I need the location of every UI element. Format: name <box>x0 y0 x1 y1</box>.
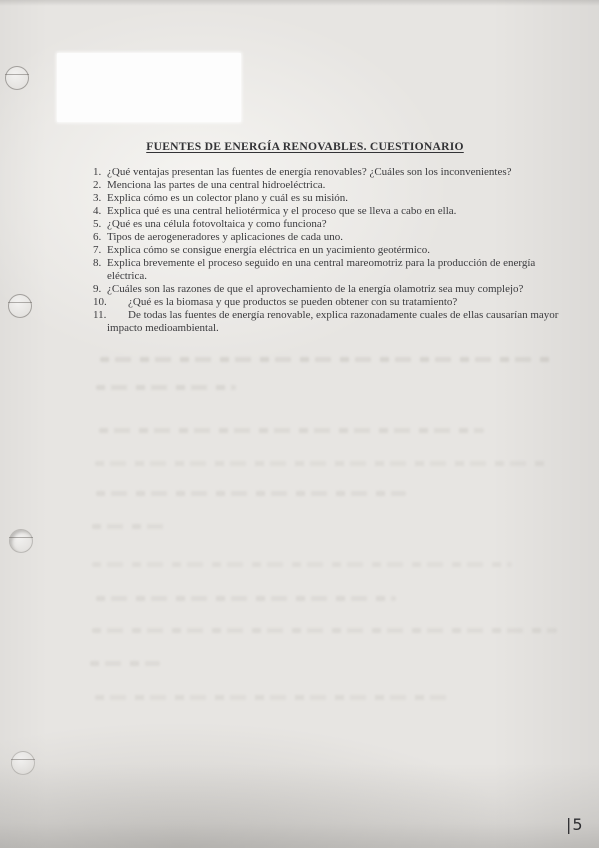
question-number: 1. <box>93 166 107 179</box>
question-item: 6.Tipos de aerogeneradores y aplicacione… <box>93 231 563 244</box>
question-item: 5.¿Qué es una célula fotovoltaica y como… <box>93 218 563 231</box>
question-item: 11.De todas las fuentes de energía renov… <box>93 309 563 335</box>
question-number: 4. <box>93 205 107 218</box>
question-item: 3.Explica cómo es un colector plano y cu… <box>93 192 563 205</box>
bleed-through-text-line <box>100 357 555 362</box>
redacted-header-box <box>57 53 241 122</box>
document-title: FUENTES DE ENERGÍA RENOVABLES. CUESTIONA… <box>62 140 548 153</box>
question-item: 4.Explica qué es una central heliotérmic… <box>93 205 563 218</box>
question-number: 8. <box>93 257 107 270</box>
question-item: 2.Menciona las partes de una central hid… <box>93 179 563 192</box>
question-item: 7.Explica cómo se consigue energía eléct… <box>93 244 563 257</box>
bleed-through-text-line <box>92 562 512 567</box>
question-text: Explica brevemente el proceso seguido en… <box>107 257 535 282</box>
question-item: 8.Explica brevemente el proceso seguido … <box>93 257 563 283</box>
question-number: 2. <box>93 179 107 192</box>
hole-punch <box>9 529 33 553</box>
question-text: Menciona las partes de una central hidro… <box>107 179 325 191</box>
bleed-through-text-line <box>92 524 172 529</box>
bleed-through-text-line <box>96 491 406 496</box>
question-text: ¿Cuáles son las razones de que el aprove… <box>107 283 523 295</box>
bleed-through-text-line <box>95 695 455 700</box>
bleed-through-text-line <box>96 385 236 390</box>
question-text: ¿Qué es la biomasa y que productos se pu… <box>128 296 457 308</box>
question-number: 5. <box>93 218 107 231</box>
question-list: 1.¿Qué ventajas presentan las fuentes de… <box>93 166 563 335</box>
question-text: Explica qué es una central heliotérmica … <box>107 205 456 217</box>
question-number: 11. <box>93 309 128 322</box>
question-text: Tipos de aerogeneradores y aplicaciones … <box>107 231 343 243</box>
hole-punch <box>8 294 32 318</box>
bleed-through-text-line <box>92 628 557 633</box>
question-number: 3. <box>93 192 107 205</box>
page-number: |5 <box>566 815 584 834</box>
bleed-through-text-line <box>96 596 396 601</box>
question-text: ¿Qué es una célula fotovoltaica y como f… <box>107 218 327 230</box>
question-item: 9.¿Cuáles son las razones de que el apro… <box>93 283 563 296</box>
bleed-through-text-line <box>99 428 484 433</box>
question-number: 6. <box>93 231 107 244</box>
scanned-page: FUENTES DE ENERGÍA RENOVABLES. CUESTIONA… <box>0 0 599 848</box>
bleed-through-text-line <box>95 461 550 466</box>
question-number: 7. <box>93 244 107 257</box>
question-item: 10.¿Qué es la biomasa y que productos se… <box>93 296 563 309</box>
question-text: Explica cómo es un colector plano y cuál… <box>107 192 348 204</box>
bleed-through-text-line <box>90 661 160 666</box>
hole-punch <box>11 751 35 775</box>
question-text: Explica cómo se consigue energía eléctri… <box>107 244 430 256</box>
question-text: De todas las fuentes de energía renovabl… <box>107 309 558 334</box>
question-text: ¿Qué ventajas presentan las fuentes de e… <box>107 166 512 178</box>
question-number: 9. <box>93 283 107 296</box>
question-number: 10. <box>93 296 128 309</box>
question-item: 1.¿Qué ventajas presentan las fuentes de… <box>93 166 563 179</box>
hole-punch <box>5 66 29 90</box>
